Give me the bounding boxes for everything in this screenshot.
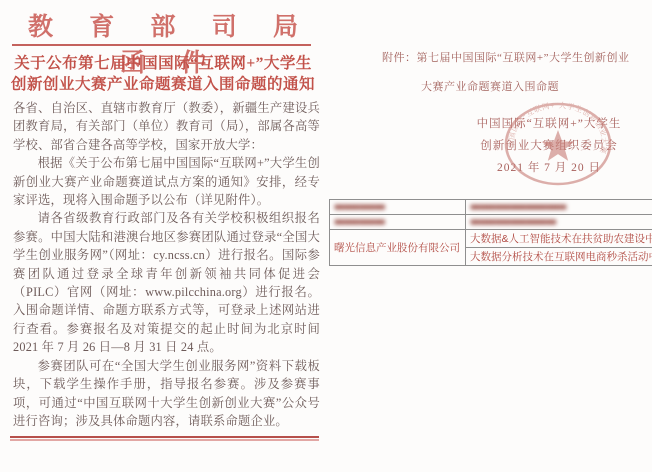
letter-paragraph-recipients: 各省、自治区、直辖市教育厅（教委），新疆生产建设兵团教育局，有关部门（单位）教育…: [13, 99, 320, 154]
attachment-line2: 大赛产业命题赛道入围命题: [382, 73, 650, 102]
signature-block: 中国国际“互联网+”大学生 创新创业大赛组织委员会 2021 年 7 月 20 …: [464, 113, 634, 179]
table-row-redacted-2: ■■■■■■■■■■ ■■■■■■■■■■■■■■■■■: [330, 215, 652, 230]
attachment-line1: 附件：第七届中国国际“互联网+”大学生创新创业: [382, 44, 650, 73]
letterhead-rule: [12, 44, 311, 46]
letter-paragraph-registration: 请各省级教育行政部门及各有关学校积极组织报名参赛。中国大陆和港澳台地区参赛团队通…: [13, 209, 320, 356]
attachment-page: 附件：第七届中国国际“互联网+”大学生创新创业 大赛产业命题赛道入围命题 中国国…: [326, 0, 652, 472]
letter-page: 教 育 部 司 局 函 件 关于公布第七届中国国际“互联网+”大学生 创新创业大…: [0, 0, 326, 472]
notice-title: 关于公布第七届中国国际“互联网+”大学生 创新创业大赛产业命题赛道入围命题的通知: [6, 53, 320, 95]
shortlisted-topics-table: ■■■■■■■■■■ ■■■■■■■■■■■■■■■■■■■ ■■■■■■■■■…: [329, 199, 652, 266]
signature-org-line2: 创新创业大赛组织委员会: [464, 135, 634, 157]
signature-date: 2021 年 7 月 20 日: [464, 157, 634, 179]
topic-bigdata-ai: 大数据&人工智能技术在扶贫助农建设中的商业应用: [466, 230, 652, 248]
redacted-topic-2: ■■■■■■■■■■■■■■■■■: [470, 217, 556, 228]
company-name-sugon: 曙光信息产业股份有限公司: [330, 230, 466, 266]
table-row-sugon-topic1: 曙光信息产业股份有限公司 大数据&人工智能技术在扶贫助农建设中的商业应用: [330, 230, 652, 248]
letter-paragraph-basis: 根据《关于公布第七届中国国际“互联网+”大学生创新创业大赛产业命题赛道试点方案的…: [13, 154, 320, 209]
footer-double-rule: [10, 436, 319, 441]
notice-title-line2: 创新创业大赛产业命题赛道入围命题的通知: [6, 74, 320, 95]
letter-paragraph-guidance: 参赛团队可在“全国大学生创业服务网”资料下载板块，下载学生操作手册，指导报名参赛…: [13, 357, 320, 431]
letter-body: 各省、自治区、直辖市教育厅（教委），新疆生产建设兵团教育局，有关部门（单位）教育…: [13, 99, 320, 430]
scanned-document-page: { "letter": { "header": "教 育 部 司 局 函 件",…: [0, 0, 652, 472]
notice-title-line1: 关于公布第七届中国国际“互联网+”大学生: [6, 53, 320, 74]
table-row-redacted-1: ■■■■■■■■■■ ■■■■■■■■■■■■■■■■■■■: [330, 200, 652, 215]
redacted-company-1: ■■■■■■■■■■: [334, 202, 384, 213]
signature-org-line1: 中国国际“互联网+”大学生: [464, 113, 634, 135]
redacted-company-2: ■■■■■■■■■■: [334, 217, 384, 228]
redacted-topic-1: ■■■■■■■■■■■■■■■■■■■: [470, 202, 566, 213]
topic-bigdata-analysis: 大数据分析技术在互联网电商秒杀活动中的应用: [466, 248, 652, 266]
attachment-heading: 附件：第七届中国国际“互联网+”大学生创新创业 大赛产业命题赛道入围命题: [382, 44, 650, 102]
